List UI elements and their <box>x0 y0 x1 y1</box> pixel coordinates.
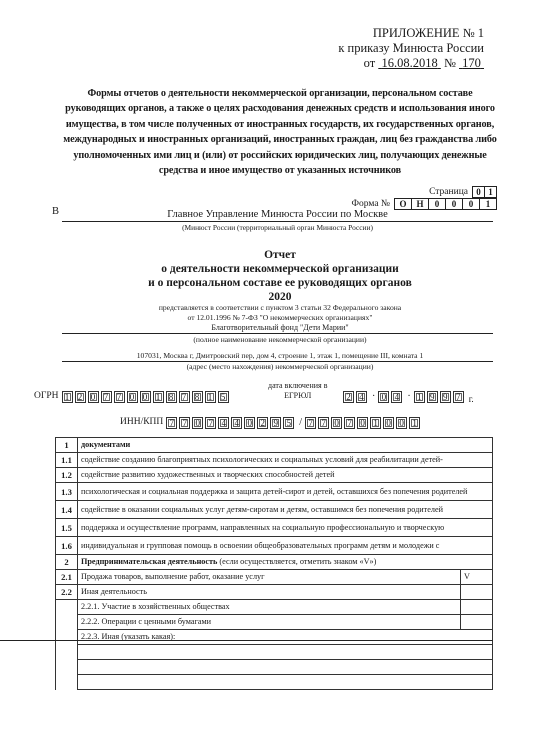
ogrn-digit: 5 <box>218 391 229 403</box>
date-digit: 0 <box>378 391 389 403</box>
date-digit: 4 <box>356 391 367 403</box>
kpp-digit: 0 <box>396 417 407 429</box>
number-prefix: № <box>444 56 456 70</box>
ogrn-digit: 8 <box>192 391 203 403</box>
section-label: Предпринимательская деятельность (если о… <box>78 555 493 570</box>
blank-line[interactable] <box>78 675 493 690</box>
report-year: 2020 <box>62 290 498 304</box>
section-label-bold: Предпринимательская деятельность <box>81 557 217 566</box>
egrul-date: 24 · 04 · 1997 г. <box>343 387 474 405</box>
row-text: содействие развитию художественных и тво… <box>78 468 493 483</box>
appendix-order: к приказу Минюста России <box>338 41 484 56</box>
table-row: 1.3 психологическая и социальная поддерж… <box>56 483 493 501</box>
ogrn-digit: 7 <box>101 391 112 403</box>
row-text: индивидуальная и групповая помощь в осво… <box>78 537 493 555</box>
date-digit: 9 <box>440 391 451 403</box>
report-line1: о деятельности некоммерческой организаци… <box>62 262 498 276</box>
basis-line1: представляется в соответствии с пунктом … <box>62 303 498 313</box>
recipient-prefix: В <box>52 206 59 217</box>
ogrn-digit: 1 <box>153 391 164 403</box>
row-number: 1.1 <box>56 453 78 468</box>
date-digit: 1 <box>414 391 425 403</box>
report-line2: и о персональном составе ее руководящих … <box>62 276 498 290</box>
row-number: 2 <box>56 555 78 570</box>
row-number: 1 <box>56 438 78 453</box>
date-digit: 7 <box>453 391 464 403</box>
document-heading: Формы отчетов о деятельности некоммерчес… <box>62 86 498 178</box>
inn-digit: 9 <box>270 417 281 429</box>
page-label: Страница <box>429 187 468 197</box>
table-row: 2.2.2. Операции с ценными бумагами <box>56 615 493 630</box>
ogrn-cells: 1207700187815 <box>62 387 231 405</box>
kpp-digit: 7 <box>318 417 329 429</box>
kpp-digit: 0 <box>357 417 368 429</box>
inn-kpp-separator: / <box>299 417 302 428</box>
mark-cell[interactable] <box>460 600 492 615</box>
ogrn-digit: 1 <box>62 391 73 403</box>
table-row: 1.1 содействие созданию благоприятных пс… <box>56 453 493 468</box>
inn-digit: 2 <box>257 417 268 429</box>
table-row: 1.4 содействие в оказании социальных усл… <box>56 501 493 519</box>
ogrn-digit: 0 <box>140 391 151 403</box>
ogrn-digit: 0 <box>127 391 138 403</box>
appendix-date-line: от 16.08.2018 № 170 <box>338 56 484 71</box>
table-row <box>56 660 493 675</box>
activity-table: 1 документами 1.1 содействие созданию бл… <box>55 437 493 690</box>
egrul-label-1: дата включения в <box>268 381 327 391</box>
recipient-underline <box>62 221 493 222</box>
page-cell: 1 <box>484 186 497 198</box>
org-underline <box>62 333 493 334</box>
inn-digit: 4 <box>231 417 242 429</box>
table-row: 2.2.3. Иная (указать какая): <box>56 630 493 645</box>
table-row: 2.1 Продажа товаров, выполнение работ, о… <box>56 570 493 585</box>
section-label: документами <box>78 438 493 453</box>
section-label-rest: (если осуществляется, отметить знаком «V… <box>217 557 376 566</box>
date-digit: 2 <box>343 391 354 403</box>
date-separator: · <box>407 391 410 402</box>
address-caption: (адрес (место нахождения) некоммерческой… <box>62 362 498 372</box>
table-row: 1 документами <box>56 438 493 453</box>
table-row: 1.2 содействие развитию художественных и… <box>56 468 493 483</box>
appendix-title: ПРИЛОЖЕНИЕ № 1 <box>338 26 484 41</box>
inn-kpp-row: ИНН/КПП 7707440295 / 770701001 <box>120 413 422 431</box>
egrul-month: 04 <box>378 387 404 405</box>
row-number: 1.2 <box>56 468 78 483</box>
inn-digit: 0 <box>192 417 203 429</box>
form-label: Форма № <box>352 199 390 209</box>
kpp-digit: 7 <box>305 417 316 429</box>
date-prefix: от <box>364 56 376 70</box>
table-row: 2.2.1. Участие в хозяйственных обществах <box>56 600 493 615</box>
row-number: 2.1 <box>56 570 78 585</box>
date-digit: 9 <box>427 391 438 403</box>
kpp-digit: 1 <box>409 417 420 429</box>
inn-digit: 7 <box>166 417 177 429</box>
address: 107031, Москва г, Дмитровский пер, дом 4… <box>62 351 498 361</box>
row-text: 2.2.1. Участие в хозяйственных обществах <box>78 600 461 615</box>
report-title: Отчет <box>62 248 498 262</box>
basis-line2: от 12.01.1996 № 7-ФЗ "О некоммерческих о… <box>62 313 498 323</box>
row-number: 1.6 <box>56 537 78 555</box>
appendix-date: 16.08.2018 <box>381 56 437 70</box>
ogrn-digit: 0 <box>88 391 99 403</box>
ogrn-digit: 7 <box>114 391 125 403</box>
report-title-block: Отчет о деятельности некоммерческой орга… <box>62 248 498 304</box>
mark-cell[interactable]: V <box>460 570 492 585</box>
row-number: 2.2 <box>56 585 78 600</box>
row-number: 1.4 <box>56 501 78 519</box>
row-text: 2.2.2. Операции с ценными бумагами <box>78 615 461 630</box>
row-number: 1.5 <box>56 519 78 537</box>
blank-line[interactable] <box>78 660 493 675</box>
row-text: Иная деятельность <box>78 585 461 600</box>
row-text: содействие в оказании социальных услуг д… <box>78 501 493 519</box>
table-bottom-rule <box>0 640 493 641</box>
inn-digit: 7 <box>205 417 216 429</box>
inn-digit: 5 <box>283 417 294 429</box>
egrul-year: 1997 <box>414 387 466 405</box>
appendix-block: ПРИЛОЖЕНИЕ № 1 к приказу Минюста России … <box>338 26 484 71</box>
table-row <box>56 645 493 660</box>
org-name: Благотворительный фонд "Дети Марии" <box>62 323 498 333</box>
date-separator: · <box>372 391 375 402</box>
kpp-digit: 7 <box>344 417 355 429</box>
appendix-number: 170 <box>462 56 481 70</box>
row-text: поддержка и осуществление программ, напр… <box>78 519 493 537</box>
date-digit: 4 <box>391 391 402 403</box>
row-number-empty <box>56 600 78 690</box>
ogrn-digit: 8 <box>166 391 177 403</box>
ogrn-row: ОГРН 1207700187815 <box>34 387 231 405</box>
kpp-digit: 0 <box>383 417 394 429</box>
kpp-digit: 1 <box>370 417 381 429</box>
table-row: 1.6 индивидуальная и групповая помощь в … <box>56 537 493 555</box>
row-text: психологическая и социальная поддержка и… <box>78 483 493 501</box>
inn-digit: 4 <box>218 417 229 429</box>
recipient-value: Главное Управление Минюста России по Мос… <box>62 209 493 220</box>
mark-cell[interactable] <box>460 615 492 630</box>
egrul-day: 24 <box>343 387 369 405</box>
year-suffix: г. <box>469 394 474 404</box>
ogrn-digit: 7 <box>179 391 190 403</box>
org-caption: (полное наименование некоммерческой орга… <box>62 335 498 345</box>
ogrn-digit: 1 <box>205 391 216 403</box>
row-text: 2.2.3. Иная (указать какая): <box>78 630 493 645</box>
table-row: 2 Предпринимательская деятельность (если… <box>56 555 493 570</box>
page-number-row: Страница 0 1 <box>429 186 497 198</box>
ogrn-label: ОГРН <box>34 391 59 401</box>
recipient-caption: (Минюст России (территориальный орган Ми… <box>62 223 493 232</box>
inn-digit: 7 <box>179 417 190 429</box>
inn-kpp-label: ИНН/КПП <box>120 417 163 427</box>
row-text: содействие созданию благоприятных психол… <box>78 453 493 468</box>
kpp-digit: 0 <box>331 417 342 429</box>
inn-digit: 0 <box>244 417 255 429</box>
table-row: 2.2 Иная деятельность <box>56 585 493 600</box>
table-row <box>56 675 493 690</box>
egrul-label: дата включения в ЕГРЮЛ <box>268 381 327 401</box>
egrul-label-2: ЕГРЮЛ <box>268 391 327 401</box>
row-text: Продажа товаров, выполнение работ, оказа… <box>78 570 461 585</box>
kpp-cells: 770701001 <box>305 413 422 431</box>
row-number: 1.3 <box>56 483 78 501</box>
table-row: 1.5 поддержка и осуществление программ, … <box>56 519 493 537</box>
inn-cells: 7707440295 <box>166 413 296 431</box>
blank-line[interactable] <box>78 645 493 660</box>
mark-cell[interactable] <box>460 585 492 600</box>
ogrn-digit: 2 <box>75 391 86 403</box>
